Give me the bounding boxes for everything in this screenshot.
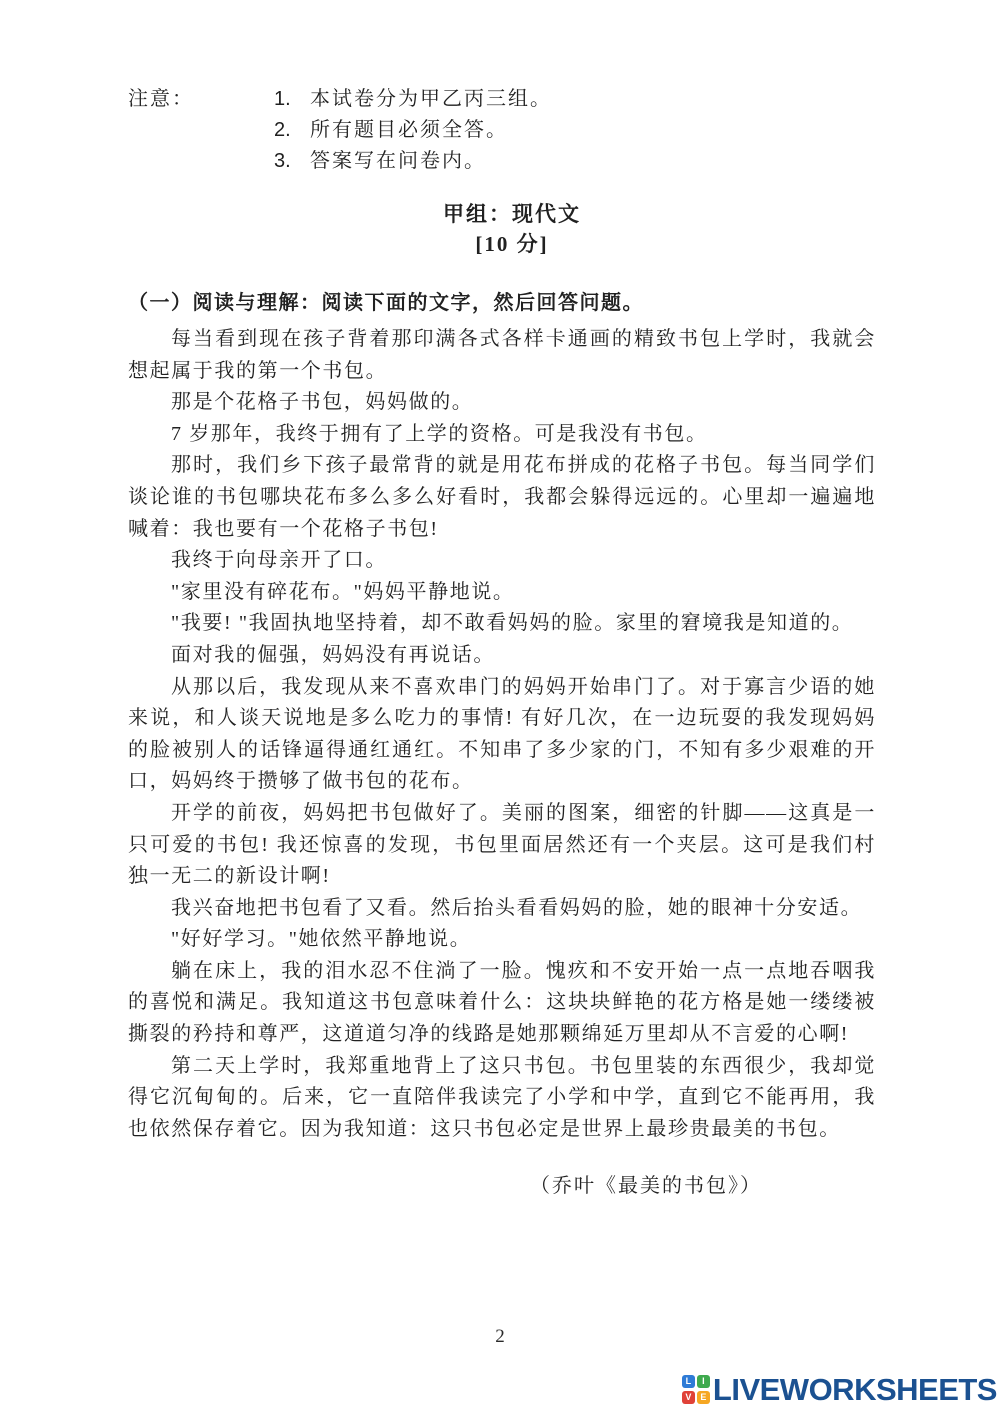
notice-item-number: 3. [274,146,300,177]
logo-tile: V [682,1391,695,1404]
notice-list: 1. 本试卷分为甲乙丙三组。 2. 所有题目必须全答。 3. 答案写在问卷内。 [274,84,552,177]
liveworksheets-tiles-icon: LIVE [682,1375,710,1405]
notice-item: 3. 答案写在问卷内。 [274,146,552,177]
notice-item-number: 2. [274,115,300,146]
notice-item-text: 本试卷分为甲乙丙三组。 [310,84,552,115]
passage-paragraph: 那时，我们乡下孩子最常背的就是用花布拼成的花格子书包。每当同学们谈论谁的书包哪块… [128,450,876,545]
reading-passage: （一）阅读与理解：阅读下面的文字，然后回答问题。 每当看到现在孩子背着那印满各式… [128,288,876,1198]
logo-tile: I [697,1375,710,1388]
liveworksheets-logo[interactable]: LIVE LIVEWORKSHEETS [682,1373,997,1407]
passage-paragraph: "好好学习。"她依然平静地说。 [128,924,876,956]
notice-item-text: 所有题目必须全答。 [310,115,508,146]
passage-paragraph: 从那以后，我发现从来不喜欢串门的妈妈开始串门了。对于寡言少语的她来说，和人谈天说… [128,672,876,798]
section-title-block: 甲组：现代文 [10 分] [0,199,1000,259]
liveworksheets-wordmark: LIVEWORKSHEETS [713,1373,997,1407]
logo-tile: L [682,1375,695,1388]
passage-paragraph: 每当看到现在孩子背着那印满各式各样卡通画的精致书包上学时，我就会想起属于我的第一… [128,324,876,387]
passage-paragraph: "我要! "我固执地坚持着，却不敢看妈妈的脸。家里的窘境我是知道的。 [128,608,876,640]
page-number: 2 [0,1326,1000,1348]
notice-item: 1. 本试卷分为甲乙丙三组。 [274,84,552,115]
passage-paragraph: 那是个花格子书包，妈妈做的。 [128,387,876,419]
passage-paragraph: 躺在床上，我的泪水忍不住淌了一脸。愧疚和不安开始一点一点地吞咽我的喜悦和满足。我… [128,956,876,1051]
passage-paragraph: "家里没有碎花布。"妈妈平静地说。 [128,577,876,609]
passage-paragraph: 我终于向母亲开了口。 [128,545,876,577]
notice-item: 2. 所有题目必须全答。 [274,115,552,146]
notice-item-number: 1. [274,84,300,115]
notice-item-text: 答案写在问卷内。 [310,146,486,177]
passage-paragraph: 7 岁那年，我终于拥有了上学的资格。可是我没有书包。 [128,419,876,451]
logo-tile: E [697,1391,710,1404]
attribution: （乔叶《最美的书包》） [128,1169,876,1198]
section-title: 甲组：现代文 [0,199,1000,229]
notice-block: 注意： 1. 本试卷分为甲乙丙三组。 2. 所有题目必须全答。 3. 答案写在问… [128,84,552,177]
passage-paragraph: 第二天上学时，我郑重地背上了这只书包。书包里装的东西很少，我却觉得它沉甸甸的。后… [128,1051,876,1146]
passage-paragraph: 开学的前夜，妈妈把书包做好了。美丽的图案，细密的针脚——这真是一只可爱的书包! … [128,798,876,893]
exam-page: 注意： 1. 本试卷分为甲乙丙三组。 2. 所有题目必须全答。 3. 答案写在问… [0,0,1000,1413]
passage-paragraph: 我兴奋地把书包看了又看。然后抬头看看妈妈的脸，她的眼神十分安适。 [128,893,876,925]
question-heading: （一）阅读与理解：阅读下面的文字，然后回答问题。 [128,288,876,318]
passage-paragraphs: 每当看到现在孩子背着那印满各式各样卡通画的精致书包上学时，我就会想起属于我的第一… [128,324,876,1145]
section-marks: [10 分] [0,229,1000,259]
notice-label: 注意： [128,84,194,115]
passage-paragraph: 面对我的倔强，妈妈没有再说话。 [128,640,876,672]
